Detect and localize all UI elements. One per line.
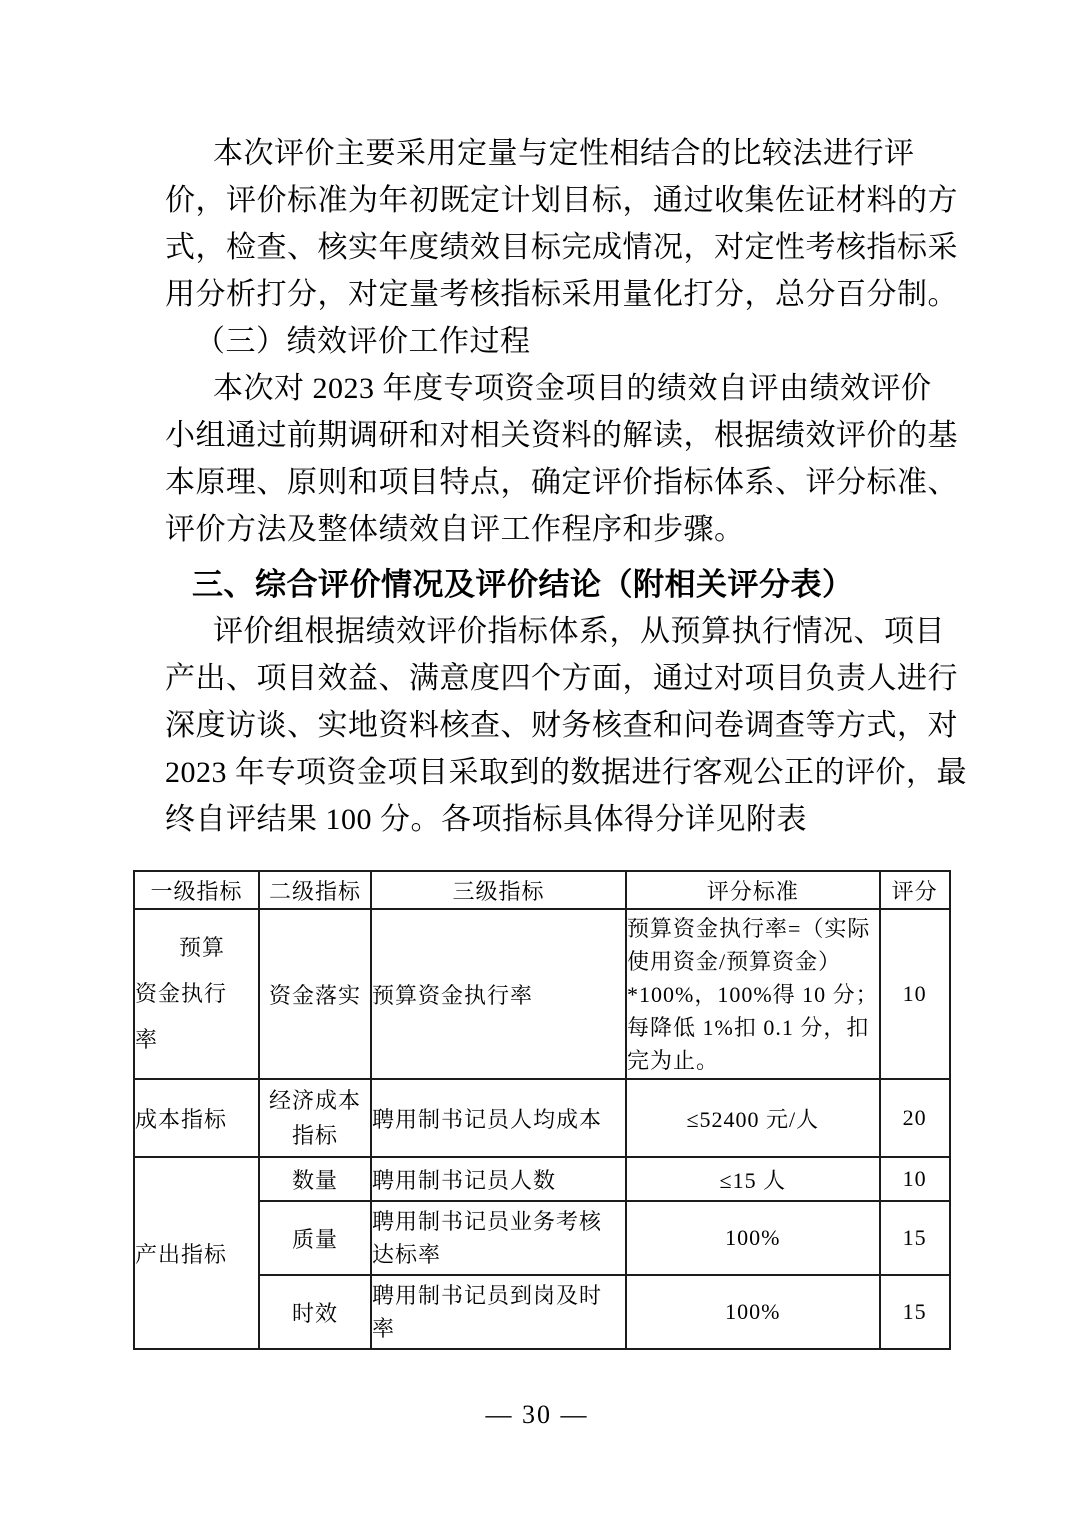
paragraph-line: 小组通过前期调研和对相关资料的解读，根据绩效评价的基 xyxy=(165,412,947,459)
cell-scoring-criteria: 100% xyxy=(626,1201,880,1275)
cell-level3-indicator: 聘用制书记员业务考核 达标率 xyxy=(371,1201,626,1275)
evaluation-score-table: 一级指标 二级指标 三级指标 评分标准 评分 预算 资金执行 率 资金落实 预算… xyxy=(133,870,951,1350)
cell-line: 预算资金执行率=（实际 xyxy=(627,912,879,945)
cell-score: 15 xyxy=(880,1201,950,1275)
paragraph-line: 价，评价标准为年初既定计划目标，通过收集佐证材料的方 xyxy=(165,177,947,224)
table-header-row: 一级指标 二级指标 三级指标 评分标准 评分 xyxy=(134,871,950,909)
cell-line: 达标率 xyxy=(372,1238,625,1271)
cell-score: 15 xyxy=(880,1275,950,1349)
paragraph-line: 用分析打分，对定量考核指标采用量化打分，总分百分制。 xyxy=(165,271,947,318)
cell-line: 使用资金/预算资金） xyxy=(627,945,879,978)
cell-line: 聘用制书记员到岗及时 xyxy=(372,1279,625,1312)
paragraph-line: 终自评结果 100 分。各项指标具体得分详见附表 xyxy=(165,796,947,843)
paragraph-line: 评价方法及整体绩效自评工作程序和步骤。 xyxy=(165,506,947,553)
cell-line: *100%，100%得 10 分； xyxy=(627,978,879,1011)
cell-level2-indicator: 资金落实 xyxy=(259,909,371,1079)
paragraph-line: 本次评价主要采用定量与定性相结合的比较法进行评 xyxy=(165,130,947,177)
document-page: 本次评价主要采用定量与定性相结合的比较法进行评 价，评价标准为年初既定计划目标，… xyxy=(0,0,1074,1520)
cell-level2-indicator: 数量 xyxy=(259,1157,371,1201)
cell-line: 完为止。 xyxy=(627,1044,879,1077)
cell-level3-indicator: 聘用制书记员到岗及时 率 xyxy=(371,1275,626,1349)
cell-line: 预算 xyxy=(135,925,258,971)
cell-level3-indicator: 聘用制书记员人数 xyxy=(371,1157,626,1201)
cell-scoring-criteria: 预算资金执行率=（实际 使用资金/预算资金） *100%，100%得 10 分；… xyxy=(626,909,880,1079)
paragraph-line: 产出、项目效益、满意度四个方面，通过对项目负责人进行 xyxy=(165,655,947,702)
cell-line: 聘用制书记员业务考核 xyxy=(372,1205,625,1238)
header-level2-indicator: 二级指标 xyxy=(259,871,371,909)
cell-line: 经济成本 xyxy=(260,1083,370,1118)
subsection-heading: （三）绩效评价工作过程 xyxy=(165,318,947,365)
cell-level1-indicator: 成本指标 xyxy=(134,1079,259,1157)
paragraph-line: 评价组根据绩效评价指标体系，从预算执行情况、项目 xyxy=(165,608,947,655)
paragraph-line: 本原理、原则和项目特点，确定评价指标体系、评分标准、 xyxy=(165,459,947,506)
cell-scoring-criteria: ≤52400 元/人 xyxy=(626,1079,880,1157)
cell-level2-indicator: 时效 xyxy=(259,1275,371,1349)
cell-level1-indicator: 预算 资金执行 率 xyxy=(134,909,259,1079)
cell-line: 指标 xyxy=(260,1118,370,1153)
paragraph-line: 本次对 2023 年度专项资金项目的绩效自评由绩效评价 xyxy=(165,365,947,412)
paragraph-line: 式，检查、核实年度绩效目标完成情况，对定性考核指标采 xyxy=(165,224,947,271)
cell-score: 10 xyxy=(880,909,950,1079)
header-score: 评分 xyxy=(880,871,950,909)
cell-line: 资金执行 xyxy=(135,971,258,1017)
cell-score: 10 xyxy=(880,1157,950,1201)
cell-level3-indicator: 聘用制书记员人均成本 xyxy=(371,1079,626,1157)
header-level1-indicator: 一级指标 xyxy=(134,871,259,909)
cell-scoring-criteria: 100% xyxy=(626,1275,880,1349)
table-row: 产出指标 数量 聘用制书记员人数 ≤15 人 10 xyxy=(134,1157,950,1201)
section-heading: 三、综合评价情况及评价结论（附相关评分表） xyxy=(165,561,947,608)
cell-line: 每降低 1%扣 0.1 分，扣 xyxy=(627,1011,879,1044)
document-body: 本次评价主要采用定量与定性相结合的比较法进行评 价，评价标准为年初既定计划目标，… xyxy=(165,130,947,843)
header-scoring-criteria: 评分标准 xyxy=(626,871,880,909)
table-row: 成本指标 经济成本 指标 聘用制书记员人均成本 ≤52400 元/人 20 xyxy=(134,1079,950,1157)
paragraph-line: 2023 年专项资金项目采取到的数据进行客观公正的评价，最 xyxy=(165,749,947,796)
cell-score: 20 xyxy=(880,1079,950,1157)
page-number: — 30 — xyxy=(0,1400,1074,1430)
paragraph-line: 深度访谈、实地资料核查、财务核查和问卷调查等方式，对 xyxy=(165,702,947,749)
table-row: 预算 资金执行 率 资金落实 预算资金执行率 预算资金执行率=（实际 使用资金/… xyxy=(134,909,950,1079)
cell-line: 率 xyxy=(372,1312,625,1345)
header-level3-indicator: 三级指标 xyxy=(371,871,626,909)
cell-scoring-criteria: ≤15 人 xyxy=(626,1157,880,1201)
cell-level3-indicator: 预算资金执行率 xyxy=(371,909,626,1079)
cell-line: 率 xyxy=(135,1017,258,1063)
cell-level2-indicator: 经济成本 指标 xyxy=(259,1079,371,1157)
cell-level2-indicator: 质量 xyxy=(259,1201,371,1275)
cell-level1-indicator: 产出指标 xyxy=(134,1157,259,1349)
